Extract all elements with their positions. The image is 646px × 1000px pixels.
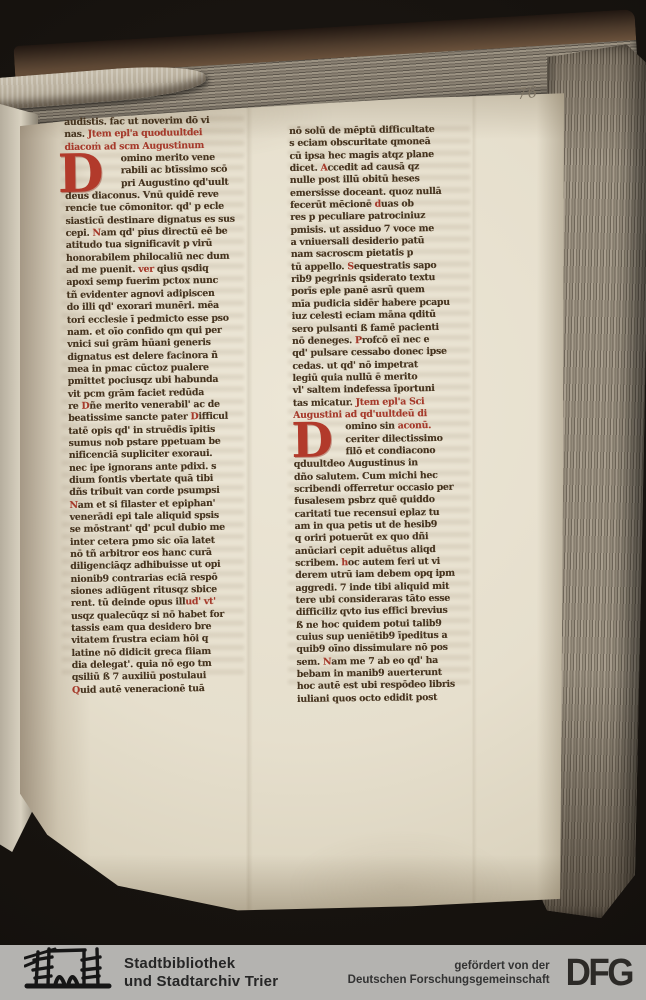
manuscript-line: Quid autē veneracionē tuā [72, 682, 258, 697]
illuminated-initial: D [58, 153, 115, 194]
text-column-left: audistis. fac ut noverim dō vinas. Jtem … [64, 114, 258, 697]
footer-bar: Stadtbibliothek und Stadtarchiv Trier ge… [0, 945, 646, 1000]
funding-credit-line2: Deutschen Forschungsgemeinschaft [348, 973, 550, 987]
library-name-line1: Stadtbibliothek [124, 955, 278, 973]
porta-nigra-icon [24, 945, 112, 996]
library-name-line2: und Stadtarchiv Trier [124, 973, 278, 991]
funding-credit-line1: gefördert von der [348, 959, 550, 973]
photo-background: audistis. fac ut noverim dō vinas. Jtem … [0, 0, 646, 945]
manuscript-line: iuliani quos octo edidit post [297, 691, 483, 706]
funding-credit: gefördert von der Deutschen Forschungsge… [348, 959, 550, 987]
illuminated-initial: D [291, 422, 348, 461]
dfg-logo: DFG [566, 954, 632, 992]
text-column-right: nō solū de mēptū difficultates eciam obs… [289, 123, 483, 706]
library-name: Stadtbibliothek und Stadtarchiv Trier [124, 955, 278, 991]
folio-number: 76 [516, 83, 539, 103]
